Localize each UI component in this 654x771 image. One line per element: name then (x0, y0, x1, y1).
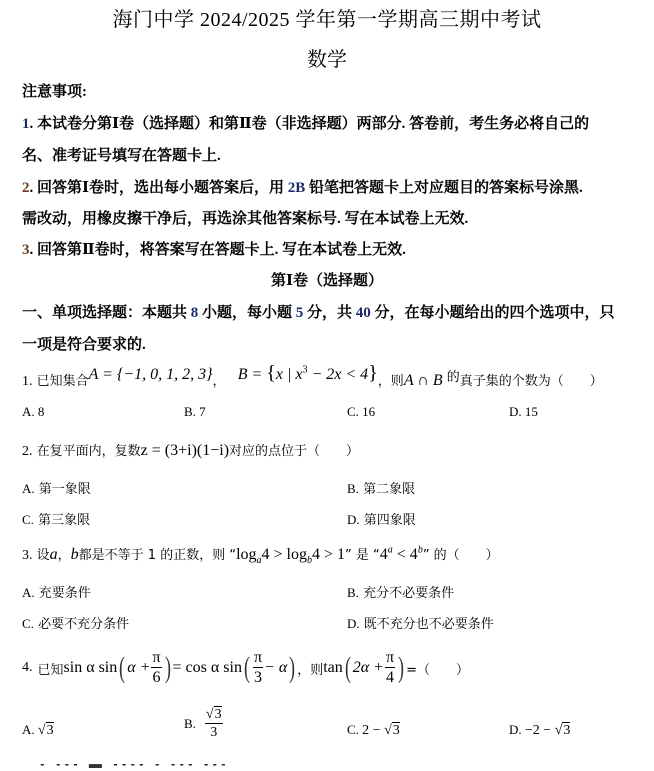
notice-item-1-cont: 名、准考证号填写在答题卡上. (22, 144, 221, 165)
notice-heading: 注意事项: (22, 80, 87, 101)
numerator: π (253, 650, 263, 668)
notice-item-number: 1 (22, 116, 30, 132)
math-text: 2α + (353, 659, 384, 677)
denominator: 6 (152, 668, 160, 686)
total-points: 40 (356, 305, 371, 321)
question-2: 2. 在复平面内，复数z = (3+i)(1−i)对应的点位于（ ） (22, 440, 359, 460)
option-value: 8 (38, 404, 45, 419)
right-paren: ) (165, 651, 171, 685)
set-b-expr: B = {x | x3 − 2x < 4} (238, 366, 378, 383)
question-text: 的 (443, 370, 460, 385)
tan-expression: tan ( 2α + π4 ) (323, 650, 406, 686)
punct: ， (213, 374, 226, 389)
cutoff-glyphs: ▪ ▪▪▪ ▬ ▪▪▪▪ ▪ ▪▪▪ ▪▪▪ (40, 764, 360, 771)
question-text: 都是不等于 1 的正数，则 “ (79, 548, 236, 563)
option-label: C. (22, 512, 34, 527)
question-text: 在复平面内，复数 (37, 444, 141, 459)
notice-item-number: 2 (22, 180, 30, 196)
option-label: A. (22, 585, 35, 600)
section-title: 第Ⅰ卷（选择题） (0, 269, 654, 290)
denominator: 3 (210, 724, 217, 740)
q3-option-a[interactable]: A. 充要条件 (22, 582, 91, 601)
option-label: D. (509, 404, 522, 419)
condition-2: 4a < 4b (380, 546, 423, 563)
option-value: 第三象限 (38, 513, 90, 528)
q3-option-d[interactable]: D. 既不充分也不必要条件 (347, 613, 494, 632)
sqrt-expr: √3 (555, 723, 571, 739)
math-text: − α (264, 659, 287, 677)
right-paren: ) (398, 651, 404, 685)
question-number: 3. (22, 548, 33, 563)
math-text: 4 > log (262, 546, 307, 563)
exam-subject: 数学 (0, 43, 654, 72)
log: log (236, 546, 256, 563)
q2-option-c[interactable]: C. 第三象限 (22, 509, 90, 528)
q2-option-b[interactable]: B. 第二象限 (347, 478, 415, 497)
numerator: √3 (205, 708, 223, 724)
math-text: tan (323, 659, 343, 677)
option-value: 7 (199, 404, 206, 419)
q2-option-d[interactable]: D. 第四象限 (347, 509, 416, 528)
sqrt-expr: √3 (384, 723, 400, 739)
instr-text: 分，共 (303, 305, 356, 321)
math-text: 4 (380, 546, 388, 563)
option-label: A. (22, 481, 35, 496)
question-text: 已知 (38, 659, 64, 678)
variable-b: b (71, 546, 79, 563)
option-label: B. (347, 585, 359, 600)
question-text: =（ ） (406, 659, 469, 678)
question-text: ” 是 “ (345, 548, 380, 563)
left-paren: ( (345, 651, 351, 685)
question-text: 已知集合 (37, 374, 89, 389)
question-text: 设 (37, 548, 50, 563)
option-value: −2 − √3 (525, 723, 570, 738)
notice-item-3: 3. 回答第Ⅱ卷时，将答案写在答题卡上. 写在本试卷上无效. (22, 238, 406, 259)
q4-option-c[interactable]: C. 2 − √3 (347, 722, 400, 739)
math-text: 2 − (362, 723, 384, 738)
question-1: 1. 已知集合A = {−1, 0, 1, 2, 3}， B = {x | x3… (22, 368, 603, 391)
fraction: π6 (151, 650, 161, 686)
notice-item-text: 铅笔把答题卡上对应题目的答案标号涂黑. (305, 180, 583, 196)
numerator: π (151, 650, 161, 668)
option-label: C. (22, 616, 34, 631)
option-label: A. (22, 404, 35, 419)
option-value: 第二象限 (363, 482, 415, 497)
option-value: 充分不必要条件 (363, 586, 454, 601)
math-text: sin α sin (64, 659, 118, 677)
radicand: 3 (562, 722, 570, 738)
option-value: 第一象限 (39, 482, 91, 497)
math-text: = cos α sin (173, 659, 242, 677)
question-3: 3. 设a，b都是不等于 1 的正数，则 “loga4 > logb4 > 1”… (22, 544, 499, 566)
math-text: 4 > 1 (312, 546, 345, 563)
notice-item-text: . 回答第Ⅱ卷时，将答案写在答题卡上. 写在本试卷上无效. (30, 242, 406, 258)
math-text: < 4 (393, 546, 418, 563)
q4-option-b[interactable]: B. √33 (184, 708, 224, 740)
next-question-cutoff: ▪ ▪▪▪ ▬ ▪▪▪▪ ▪ ▪▪▪ ▪▪▪ (40, 764, 360, 771)
option-label: D. (347, 512, 360, 527)
trig-equation: sin α sin ( α + π6 ) = cos α sin ( π3 − … (64, 650, 298, 686)
question-text: ” 的（ ） (423, 548, 499, 563)
notice-item-text: . 本试卷分第Ⅰ卷（选择题）和第Ⅱ卷（非选择题）两部分. 答卷前，考生务必将自己… (30, 116, 590, 132)
instr-text: 分，在每小题给出的四个选项中，只 (371, 305, 615, 321)
option-value: 2 − √3 (362, 723, 400, 738)
q3-option-b[interactable]: B. 充分不必要条件 (347, 582, 454, 601)
q1-option-d[interactable]: D. 15 (509, 404, 538, 420)
question-number: 1. (22, 374, 33, 389)
set-b-body: x | x (276, 366, 303, 383)
punct: ， (58, 548, 71, 563)
option-label: D. (347, 616, 360, 631)
question-4: 4. 已知 sin α sin ( α + π6 ) = cos α sin (… (22, 650, 469, 686)
option-label: B. (184, 404, 196, 419)
option-value: 充要条件 (39, 586, 91, 601)
radicand: 3 (46, 722, 54, 738)
section-instructions: 一、单项选择题：本题共 8 小题，每小题 5 分，共 40 分，在每小题给出的四… (22, 301, 615, 322)
set-a-expr: A = {−1, 0, 1, 2, 3} (89, 366, 213, 383)
left-paren: ( (119, 651, 125, 685)
option-label: A. (22, 722, 35, 737)
instr-text: 一、单项选择题：本题共 (22, 305, 191, 321)
option-label: B. (184, 716, 196, 732)
option-value: 16 (362, 404, 375, 419)
fraction: π4 (385, 650, 395, 686)
set-b-lhs: B = (238, 366, 267, 383)
option-label: C. (347, 404, 359, 419)
notice-item-text: . 回答第Ⅰ卷时，选出每小题答案后，用 (30, 180, 288, 196)
fraction: √33 (205, 708, 223, 740)
option-value: 必要不充分条件 (38, 617, 129, 632)
notice-item-2-cont: 需改动，用橡皮擦干净后，再选涂其他答案标号. 写在本试卷上无效. (22, 207, 468, 228)
question-number: 4. (22, 660, 33, 676)
q1-option-c[interactable]: C. 16 (347, 404, 375, 420)
notice-item-number: 3 (22, 242, 30, 258)
notice-item-1: 1. 本试卷分第Ⅰ卷（选择题）和第Ⅱ卷（非选择题）两部分. 答卷前，考生务必将自… (22, 112, 589, 133)
exam-title: 海门中学 2024/2025 学年第一学期高三期中考试 (0, 3, 654, 32)
question-text: ，则 (297, 659, 323, 678)
q1-option-a[interactable]: A. 8 (22, 404, 44, 420)
option-value: 15 (525, 404, 538, 419)
radicand: 3 (214, 706, 222, 722)
option-label: D. (509, 722, 522, 737)
question-text: ，则 (378, 374, 404, 389)
notice-item-2: 2. 回答第Ⅰ卷时，选出每小题答案后，用 2B 铅笔把答题卡上对应题目的答案标号… (22, 176, 583, 197)
variable-a: a (50, 546, 58, 563)
right-paren: ) (289, 651, 295, 685)
q2-option-a[interactable]: A. 第一象限 (22, 478, 91, 497)
question-number: 2. (22, 444, 33, 459)
left-paren: ( (244, 651, 250, 685)
numerator: π (385, 650, 395, 668)
math-text: α + (127, 659, 150, 677)
option-label: B. (347, 481, 359, 496)
section-instructions-cont: 一项是符合要求的. (22, 333, 146, 354)
math-text: −2 − (525, 723, 555, 738)
option-value: 既不充分也不必要条件 (364, 617, 494, 632)
denominator: 4 (386, 668, 394, 686)
condition-1: loga4 > logb4 > 1 (236, 546, 345, 563)
question-text: 真子集的个数为（ ） (460, 374, 603, 389)
intersection-expr: A ∩ B (404, 372, 443, 389)
complex-expr: z = (3+i)(1−i) (141, 442, 229, 459)
pencil-grade: 2B (288, 180, 306, 196)
denominator: 3 (254, 668, 262, 686)
q1-option-b[interactable]: B. 7 (184, 404, 206, 420)
instr-text: 小题，每小题 (198, 305, 296, 321)
fraction: π3 (253, 650, 263, 686)
option-label: C. (347, 722, 359, 737)
q3-option-c[interactable]: C. 必要不充分条件 (22, 613, 129, 632)
radicand: 3 (392, 722, 400, 738)
sqrt-expr: √3 (38, 723, 54, 739)
q4-option-a[interactable]: A. √3 (22, 722, 54, 739)
q4-option-d[interactable]: D. −2 − √3 (509, 722, 570, 739)
set-b-rest: − 2x < 4 (307, 366, 368, 383)
question-text: 对应的点位于（ ） (229, 444, 359, 459)
option-value: 第四象限 (364, 513, 416, 528)
